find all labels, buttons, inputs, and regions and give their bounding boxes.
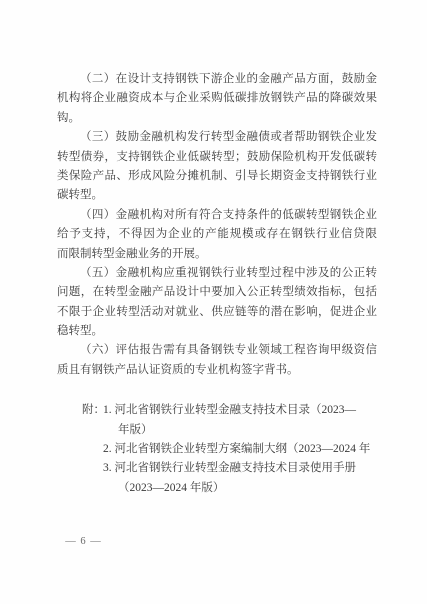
document-page: （二）在设计支持钢铁下游企业的金融产品方面，鼓励金融 机构将企业融资成本与企业采… — [0, 0, 427, 604]
text-line: 质且有钢铁产品认证资质的专业机构签字背书。 — [57, 361, 377, 380]
attachment-item-1: 1. 河北省钢铁行业转型金融支持技术目录（2023—2024 年版） — [103, 401, 377, 440]
text-line: 1. 河北省钢铁行业转型金融支持技术目录（2023—2024 — [103, 401, 377, 420]
attachments-block: 附： 1. 河北省钢铁行业转型金融支持技术目录（2023—2024 年版） 2.… — [57, 401, 377, 498]
text-line: （六）评估报告需有具备钢铁专业领域工程咨询甲级资信资 — [57, 341, 377, 360]
attachments-list: 1. 河北省钢铁行业转型金融支持技术目录（2023—2024 年版） 2. 河北… — [103, 401, 377, 498]
page-number: — 6 — — [57, 534, 110, 550]
attachments-label: 附： — [82, 401, 103, 498]
text-line: 机构将企业融资成本与企业采购低碳排放钢铁产品的降碳效果挂 — [57, 89, 377, 108]
text-line: （三）鼓励金融机构发行转型金融债或者帮助钢铁企业发行 — [57, 128, 377, 147]
text-line: 问题，在转型金融产品设计中要加入公正转型绩效指标，包括但 — [57, 283, 377, 302]
paragraph-4: （四）金融机构对所有符合支持条件的低碳转型钢铁企业要 给予支持，不得因为企业的产… — [57, 206, 377, 264]
paragraph-5: （五）金融机构应重视钢铁行业转型过程中涉及的公正转型 问题，在转型金融产品设计中… — [57, 264, 377, 342]
text-line: 类保险产品、形成风险分摊机制、引导长期资金支持钢铁行业低 — [57, 167, 377, 186]
text-line: 转型债券，支持钢铁企业低碳转型；鼓励保险机构开发低碳转型 — [57, 148, 377, 167]
document-body: （二）在设计支持钢铁下游企业的金融产品方面，鼓励金融 机构将企业融资成本与企业采… — [57, 70, 377, 498]
text-line: （二）在设计支持钢铁下游企业的金融产品方面，鼓励金融 — [57, 70, 377, 89]
paragraph-3: （三）鼓励金融机构发行转型金融债或者帮助钢铁企业发行 转型债券，支持钢铁企业低碳… — [57, 128, 377, 206]
text-line: 给予支持，不得因为企业的产能规模或存在钢铁行业信贷限额， — [57, 225, 377, 244]
text-line: 2. 河北省钢铁企业转型方案编制大纲（2023—2024 年版） — [103, 440, 377, 459]
text-line: （五）金融机构应重视钢铁行业转型过程中涉及的公正转型 — [57, 264, 377, 283]
attachment-item-2: 2. 河北省钢铁企业转型方案编制大纲（2023—2024 年版） — [103, 440, 377, 459]
text-line: 不限于企业转型活动对就业、供应链等的潜在影响，促进企业平 — [57, 303, 377, 322]
text-line: 而限制转型金融业务的开展。 — [57, 245, 377, 264]
text-line: 年版） — [103, 421, 377, 440]
text-line: 3. 河北省钢铁行业转型金融支持技术目录使用手册 — [103, 459, 377, 478]
text-line: （四）金融机构对所有符合支持条件的低碳转型钢铁企业要 — [57, 206, 377, 225]
text-line: 钩。 — [57, 109, 377, 128]
paragraph-2: （二）在设计支持钢铁下游企业的金融产品方面，鼓励金融 机构将企业融资成本与企业采… — [57, 70, 377, 128]
attachment-item-3: 3. 河北省钢铁行业转型金融支持技术目录使用手册 （2023—2024 年版） — [103, 459, 377, 498]
paragraph-6: （六）评估报告需有具备钢铁专业领域工程咨询甲级资信资 质且有钢铁产品认证资质的专… — [57, 341, 377, 380]
text-line: （2023—2024 年版） — [103, 479, 377, 498]
text-line: 稳转型。 — [57, 322, 377, 341]
text-line: 碳转型。 — [57, 186, 377, 205]
